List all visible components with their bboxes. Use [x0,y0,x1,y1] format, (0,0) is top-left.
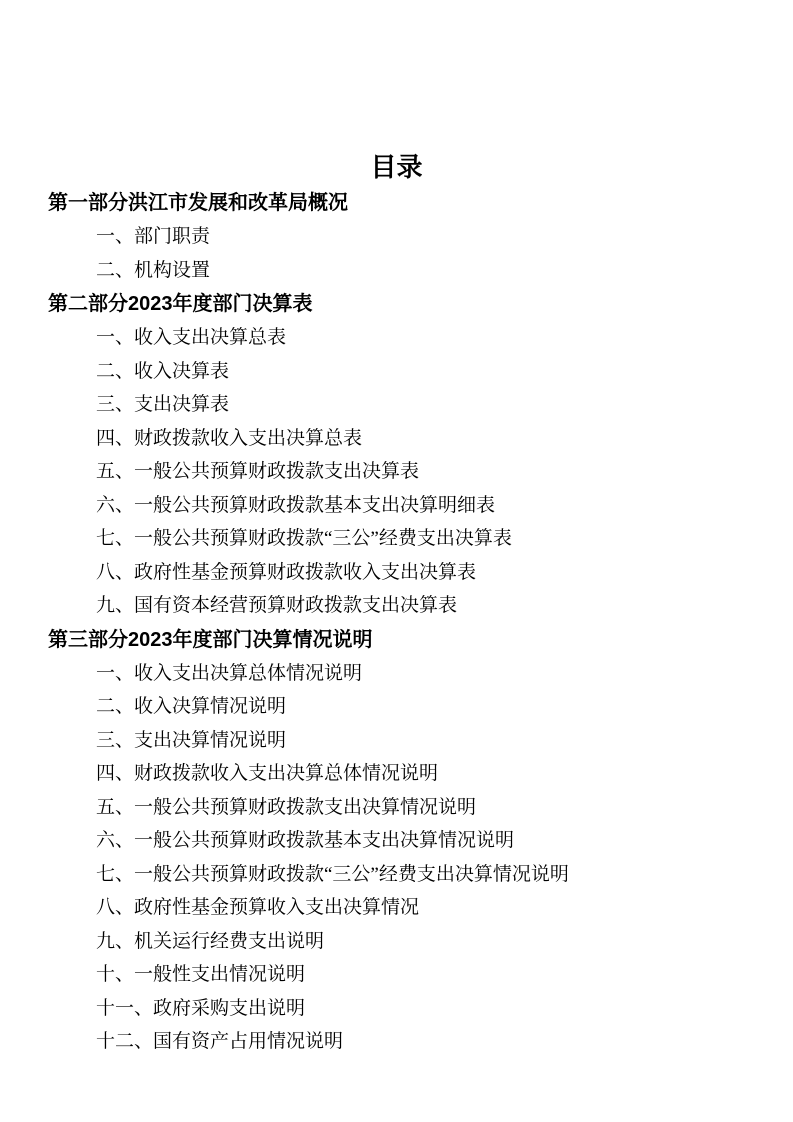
toc-item: 十一、政府采购支出说明 [48,992,753,1026]
toc-item: 二、收入决算情况说明 [48,690,753,724]
section-heading-part3: 第三部分2023年度部门决算情况说明 [48,623,753,657]
toc-item: 八、政府性基金预算收入支出决算情况 [48,891,753,925]
toc-item: 五、一般公共预算财政拨款支出决算表 [48,455,753,489]
toc-item: 十、一般性支出情况说明 [48,958,753,992]
toc-item: 七、一般公共预算财政拨款“三公”经费支出决算情况说明 [48,858,753,892]
toc-item: 一、收入支出决算总体情况说明 [48,657,753,691]
toc-item: 六、一般公共预算财政拨款基本支出决算情况说明 [48,824,753,858]
section-heading-part2: 第二部分2023年度部门决算表 [48,287,753,321]
toc-item: 一、收入支出决算总表 [48,321,753,355]
toc-item: 九、机关运行经费支出说明 [48,925,753,959]
toc-item: 九、国有资本经营预算财政拨款支出决算表 [48,589,753,623]
section-heading-part1: 第一部分洪江市发展和改革局概况 [48,186,753,220]
toc-item: 四、财政拨款收入支出决算总体情况说明 [48,757,753,791]
toc-item: 八、政府性基金预算财政拨款收入支出决算表 [48,556,753,590]
toc-item: 五、一般公共预算财政拨款支出决算情况说明 [48,791,753,825]
toc-item: 四、财政拨款收入支出决算总表 [48,422,753,456]
toc-item: 三、支出决算表 [48,388,753,422]
toc-item: 六、一般公共预算财政拨款基本支出决算明细表 [48,489,753,523]
toc-item: 二、收入决算表 [48,355,753,389]
toc-item: 三、支出决算情况说明 [48,724,753,758]
document-page: 目录 第一部分洪江市发展和改革局概况 一、部门职责 二、机构设置 第二部分202… [0,0,793,1122]
toc-item: 二、机构设置 [48,254,753,288]
toc-item: 一、部门职责 [48,220,753,254]
toc-item: 七、一般公共预算财政拨款“三公”经费支出决算表 [48,522,753,556]
toc-item: 十二、国有资产占用情况说明 [48,1025,753,1059]
page-title: 目录 [0,152,793,182]
toc-content: 第一部分洪江市发展和改革局概况 一、部门职责 二、机构设置 第二部分2023年度… [48,186,753,1059]
